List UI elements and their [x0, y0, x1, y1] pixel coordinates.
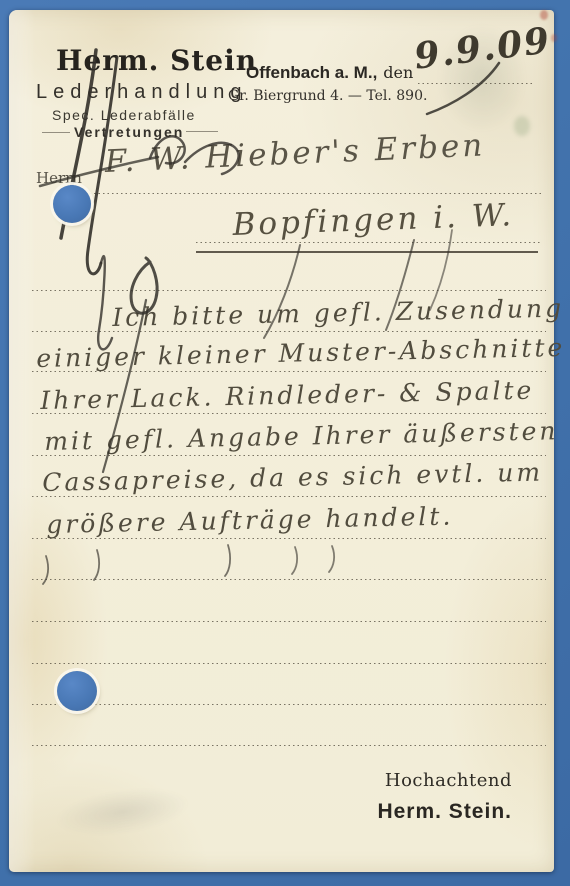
- letterhead-name: Herm. Stein: [56, 44, 257, 77]
- ruled-line: [32, 455, 546, 456]
- dateline-den: den: [383, 63, 413, 82]
- address-underline: [196, 251, 538, 253]
- ruled-line: [32, 290, 546, 291]
- ruled-line: [32, 579, 546, 580]
- ruled-line: [32, 663, 546, 664]
- dateline-street: Gr. Biergrund 4. — Tel. 890.: [228, 88, 427, 104]
- ruled-line: [418, 83, 532, 84]
- ruled-line: [32, 704, 546, 705]
- hole-punch: [53, 185, 91, 223]
- ruled-line: [32, 331, 546, 332]
- ruled-line: [32, 496, 546, 497]
- letterhead-services: Vertretungen: [74, 124, 184, 140]
- dateline: Offenbach a. M.,den: [246, 63, 413, 83]
- hole-punch: [57, 671, 97, 711]
- dateline-place: Offenbach a. M.,: [246, 63, 377, 82]
- ruled-line: [32, 621, 546, 622]
- letterhead-business: Lederhandlung: [36, 81, 247, 104]
- signature: Herm. Stein.: [330, 800, 512, 824]
- ruled-line: [32, 745, 546, 746]
- ruled-line: [58, 193, 542, 194]
- letterhead-dash: [42, 132, 70, 133]
- closing-salutation: Hochachtend: [340, 770, 512, 791]
- letterhead-specialty: Spec. Lederabfälle: [52, 107, 196, 123]
- ruled-line: [32, 538, 546, 539]
- ruled-line: [196, 242, 542, 243]
- scanned-postcard: Herm. Stein Lederhandlung Spec. Lederabf…: [0, 0, 570, 886]
- letterhead-dash: [186, 131, 218, 132]
